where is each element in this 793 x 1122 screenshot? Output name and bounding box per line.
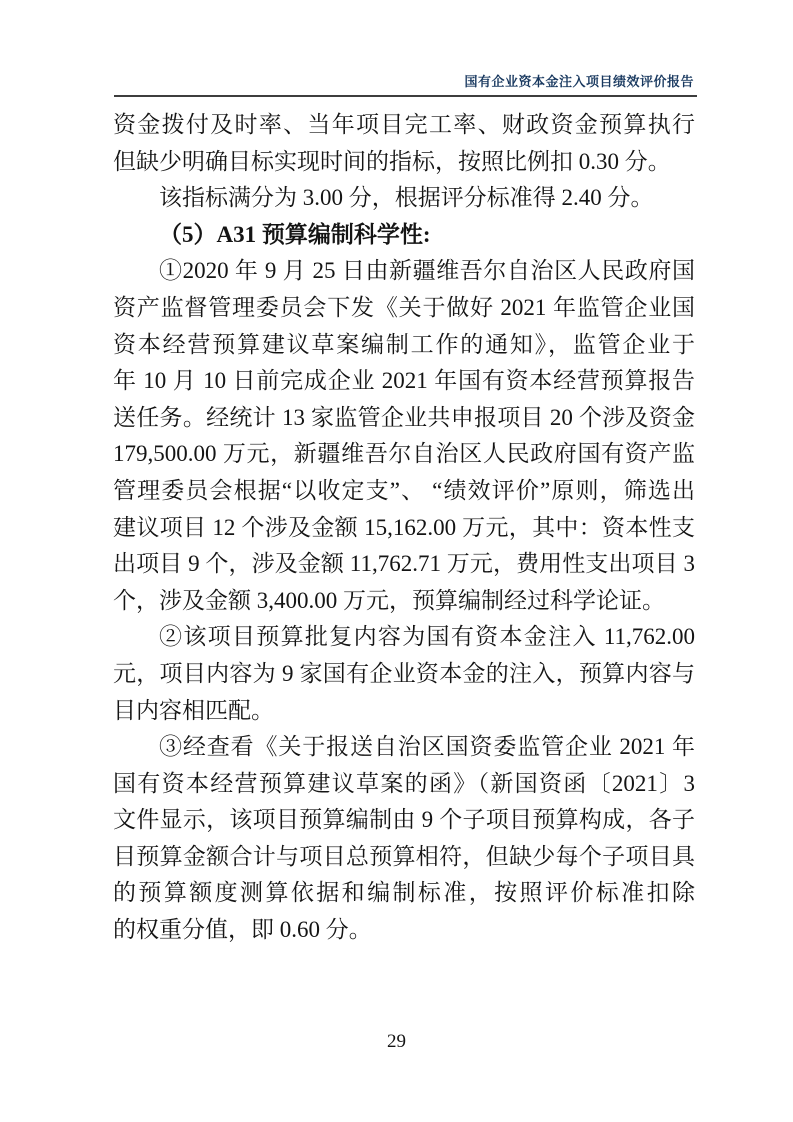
page-number: 29	[387, 1031, 406, 1052]
body-line: 管理委员会根据“以收定支”、 “绩效评价”原则，筛选出	[113, 473, 695, 510]
body-line: 资本经营预算建议草案编制工作的通知》，监管企业于 2020	[113, 327, 695, 364]
body-line: 年 10 月 10 日前完成企业 2021 年国有资本经营预算报告报	[113, 363, 695, 400]
body-line: 资产监督管理委员会下发《关于做好 2021 年监管企业国有	[113, 290, 695, 327]
body-line: 目内容相匹配。	[113, 693, 695, 730]
body-line: ①2020 年 9 月 25 日由新疆维吾尔自治区人民政府国有	[113, 253, 695, 290]
body-line: 元，项目内容为 9 家国有企业资本金的注入，预算内容与项	[113, 656, 695, 693]
page-footer: 29	[0, 1031, 793, 1053]
body-line: 出项目 9 个，涉及金额 11,762.71 万元，费用性支出项目 3	[113, 546, 695, 583]
body-line: 文件显示，该项目预算编制由 9 个子项目预算构成，各子项	[113, 802, 695, 839]
body-line: ②该项目预算批复内容为国有资本金注入 11,762.00 万	[113, 619, 695, 656]
body-line: 个，涉及金额 3,400.00 万元，预算编制经过科学论证。	[113, 583, 695, 620]
body-line: 建议项目 12 个涉及金额 15,162.00 万元，其中：资本性支	[113, 510, 695, 547]
body-line: ③经查看《关于报送自治区国资委监管企业 2021 年度	[113, 729, 695, 766]
body-line: 该指标满分为 3.00 分，根据评分标准得 2.40 分。	[113, 180, 695, 217]
header-title: 国有企业资本金注入项目绩效评价报告	[464, 71, 694, 90]
body-line: 的权重分值，即 0.60 分。	[113, 912, 695, 949]
body-text: 资金拨付及时率、当年项目完工率、财政资金预算执行率， 但缺少明确目标实现时间的指…	[113, 107, 695, 949]
body-line: 送任务。经统计 13 家监管企业共申报项目 20 个涉及资金	[113, 400, 695, 437]
body-line: 但缺少明确目标实现时间的指标，按照比例扣 0.30 分。	[113, 144, 695, 181]
section-heading: （5）A31 预算编制科学性:	[113, 217, 695, 254]
body-line: 国有资本经营预算建议草案的函》（新国资函〔2021〕3 号）	[113, 766, 695, 803]
report-page: 国有企业资本金注入项目绩效评价报告 资金拨付及时率、当年项目完工率、财政资金预算…	[0, 0, 793, 1122]
body-line: 的预算额度测算依据和编制标准，按照评价标准扣除 20.00%	[113, 875, 695, 912]
body-line: 资金拨付及时率、当年项目完工率、财政资金预算执行率，	[113, 107, 695, 144]
body-line: 目预算金额合计与项目总预算相符，但缺少每个子项目具体	[113, 839, 695, 876]
body-line: 179,500.00 万元，新疆维吾尔自治区人民政府国有资产监督	[113, 436, 695, 473]
header-rule	[114, 95, 697, 97]
